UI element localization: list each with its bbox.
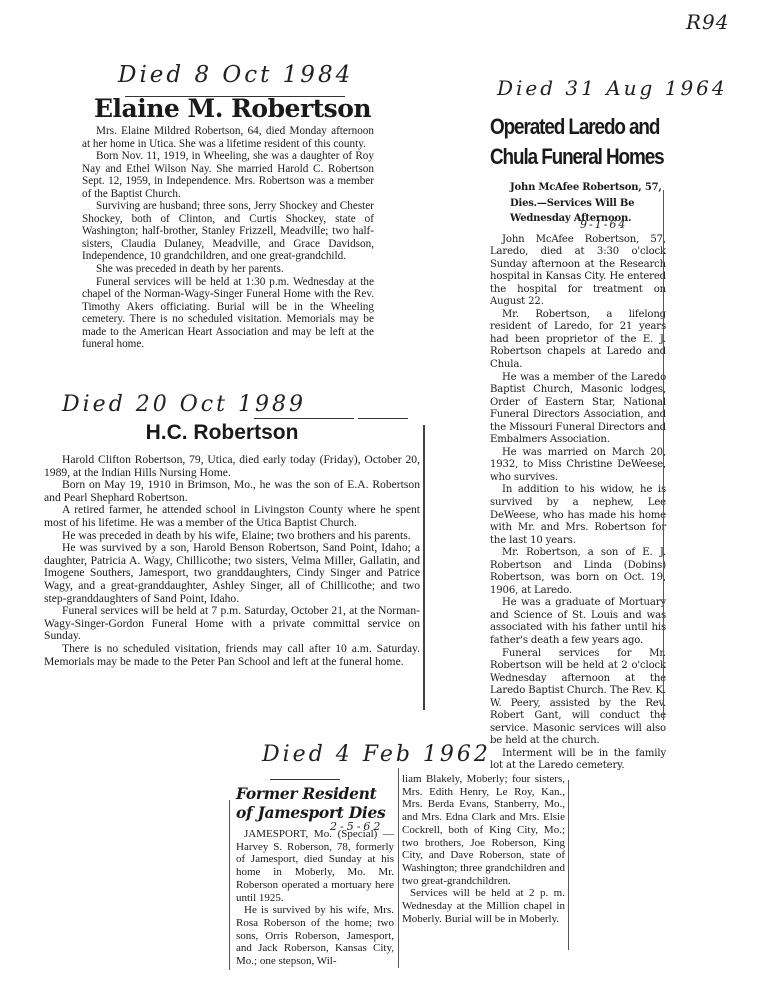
paragraph: Mrs. Elaine Mildred Robertson, 64, died … [82, 125, 374, 150]
paragraph: He was a member of the Laredo Baptist Ch… [490, 372, 666, 447]
obituary-elaine: Elaine M. Robertson Mrs. Elaine Mildred … [82, 95, 374, 351]
article-body: Harold Clifton Robertson, 79, Utica, die… [44, 454, 420, 668]
paragraph: Funeral services for Mr. Robertson will … [490, 648, 666, 748]
article-body: Mrs. Elaine Mildred Robertson, 64, died … [82, 125, 374, 351]
paragraph: Mr. Robertson, a son of E. J. Robertson … [490, 547, 666, 597]
paragraph: John McAfee Robertson, 57, Laredo, died … [490, 234, 666, 309]
handwritten-date-harold: Died 20 Oct 1989 [62, 392, 306, 417]
paragraph: Harold Clifton Robertson, 79, Utica, die… [44, 454, 420, 479]
paragraph: There is no scheduled visitation, friend… [44, 643, 420, 668]
handwritten-date-elaine: Died 8 Oct 1984 [118, 62, 353, 88]
column-rule [568, 780, 569, 950]
paragraph: Services will be held at 2 p. m. Wednesd… [402, 887, 565, 925]
article-body: JAMESPORT, Mo. (Special) — Harvey S. Rob… [236, 828, 394, 968]
paragraph: Surviving are husband; three sons, Jerry… [82, 200, 374, 263]
paragraph: Funeral services will be held at 7 p.m. … [44, 605, 420, 643]
headline: H.C. Robertson [24, 420, 420, 446]
paragraph: He was married on March 20, 1932, to Mis… [490, 447, 666, 485]
headline: Former Resident of Jamesport Dies [236, 784, 394, 822]
column-rule [229, 800, 230, 970]
handwritten-note: 9-1-64 [580, 218, 627, 231]
paragraph: Born Nov. 11, 1919, in Wheeling, she was… [82, 150, 374, 200]
headline: Operated Laredo and Chula Funeral Homes [490, 112, 638, 172]
clipping-edge [663, 190, 664, 720]
paragraph: Born on May 19, 1910 in Brimson, Mo., he… [44, 479, 420, 504]
paragraph: Funeral services will be held at 1:30 p.… [82, 276, 374, 351]
handwritten-date-john: Died 31 Aug 1964 [497, 76, 728, 100]
headline: Elaine M. Robertson [94, 95, 374, 123]
handwritten-note: 2-5-62 [330, 820, 383, 833]
paragraph: He was survived by a son, Harold Benson … [44, 542, 420, 605]
obituary-john: Operated Laredo and Chula Funeral Homes … [490, 112, 666, 773]
paragraph: Interment will be in the family lot at t… [490, 748, 666, 773]
article-column-2: liam Blakely, Moberly; four sisters, Mrs… [402, 773, 565, 925]
article-column-1: Former Resident of Jamesport Dies JAMESP… [236, 775, 394, 968]
handwritten-date-harvey: Died 4 Feb 1962 [262, 742, 491, 767]
divider [358, 418, 408, 419]
paragraph: He is survived by his wife, Mrs. Rosa Ro… [236, 904, 394, 968]
paragraph: She was preceded in death by her parents… [82, 263, 374, 276]
page-mark: R94 [686, 10, 730, 34]
headline-line: Operated Laredo and [490, 112, 638, 142]
headline-line: Chula Funeral Homes [490, 142, 638, 172]
divider [254, 418, 354, 419]
column-rule [398, 768, 399, 968]
paragraph: In addition to his widow, he is survived… [490, 484, 666, 547]
paragraph: He was a graduate of Mortuary and Scienc… [490, 597, 666, 647]
article-body: liam Blakely, Moberly; four sisters, Mrs… [402, 773, 565, 925]
paragraph: A retired farmer, he attended school in … [44, 504, 420, 529]
clipping-edge [423, 425, 425, 710]
paragraph: JAMESPORT, Mo. (Special) — Harvey S. Rob… [236, 828, 394, 904]
obituary-harold: H.C. Robertson Harold Clifton Robertson,… [44, 420, 420, 668]
paragraph: liam Blakely, Moberly; four sisters, Mrs… [402, 773, 565, 887]
article-body: John McAfee Robertson, 57, Laredo, died … [490, 234, 666, 774]
headline-line: Former Resident [236, 784, 394, 803]
paragraph: Mr. Robertson, a lifelong resident of La… [490, 309, 666, 372]
